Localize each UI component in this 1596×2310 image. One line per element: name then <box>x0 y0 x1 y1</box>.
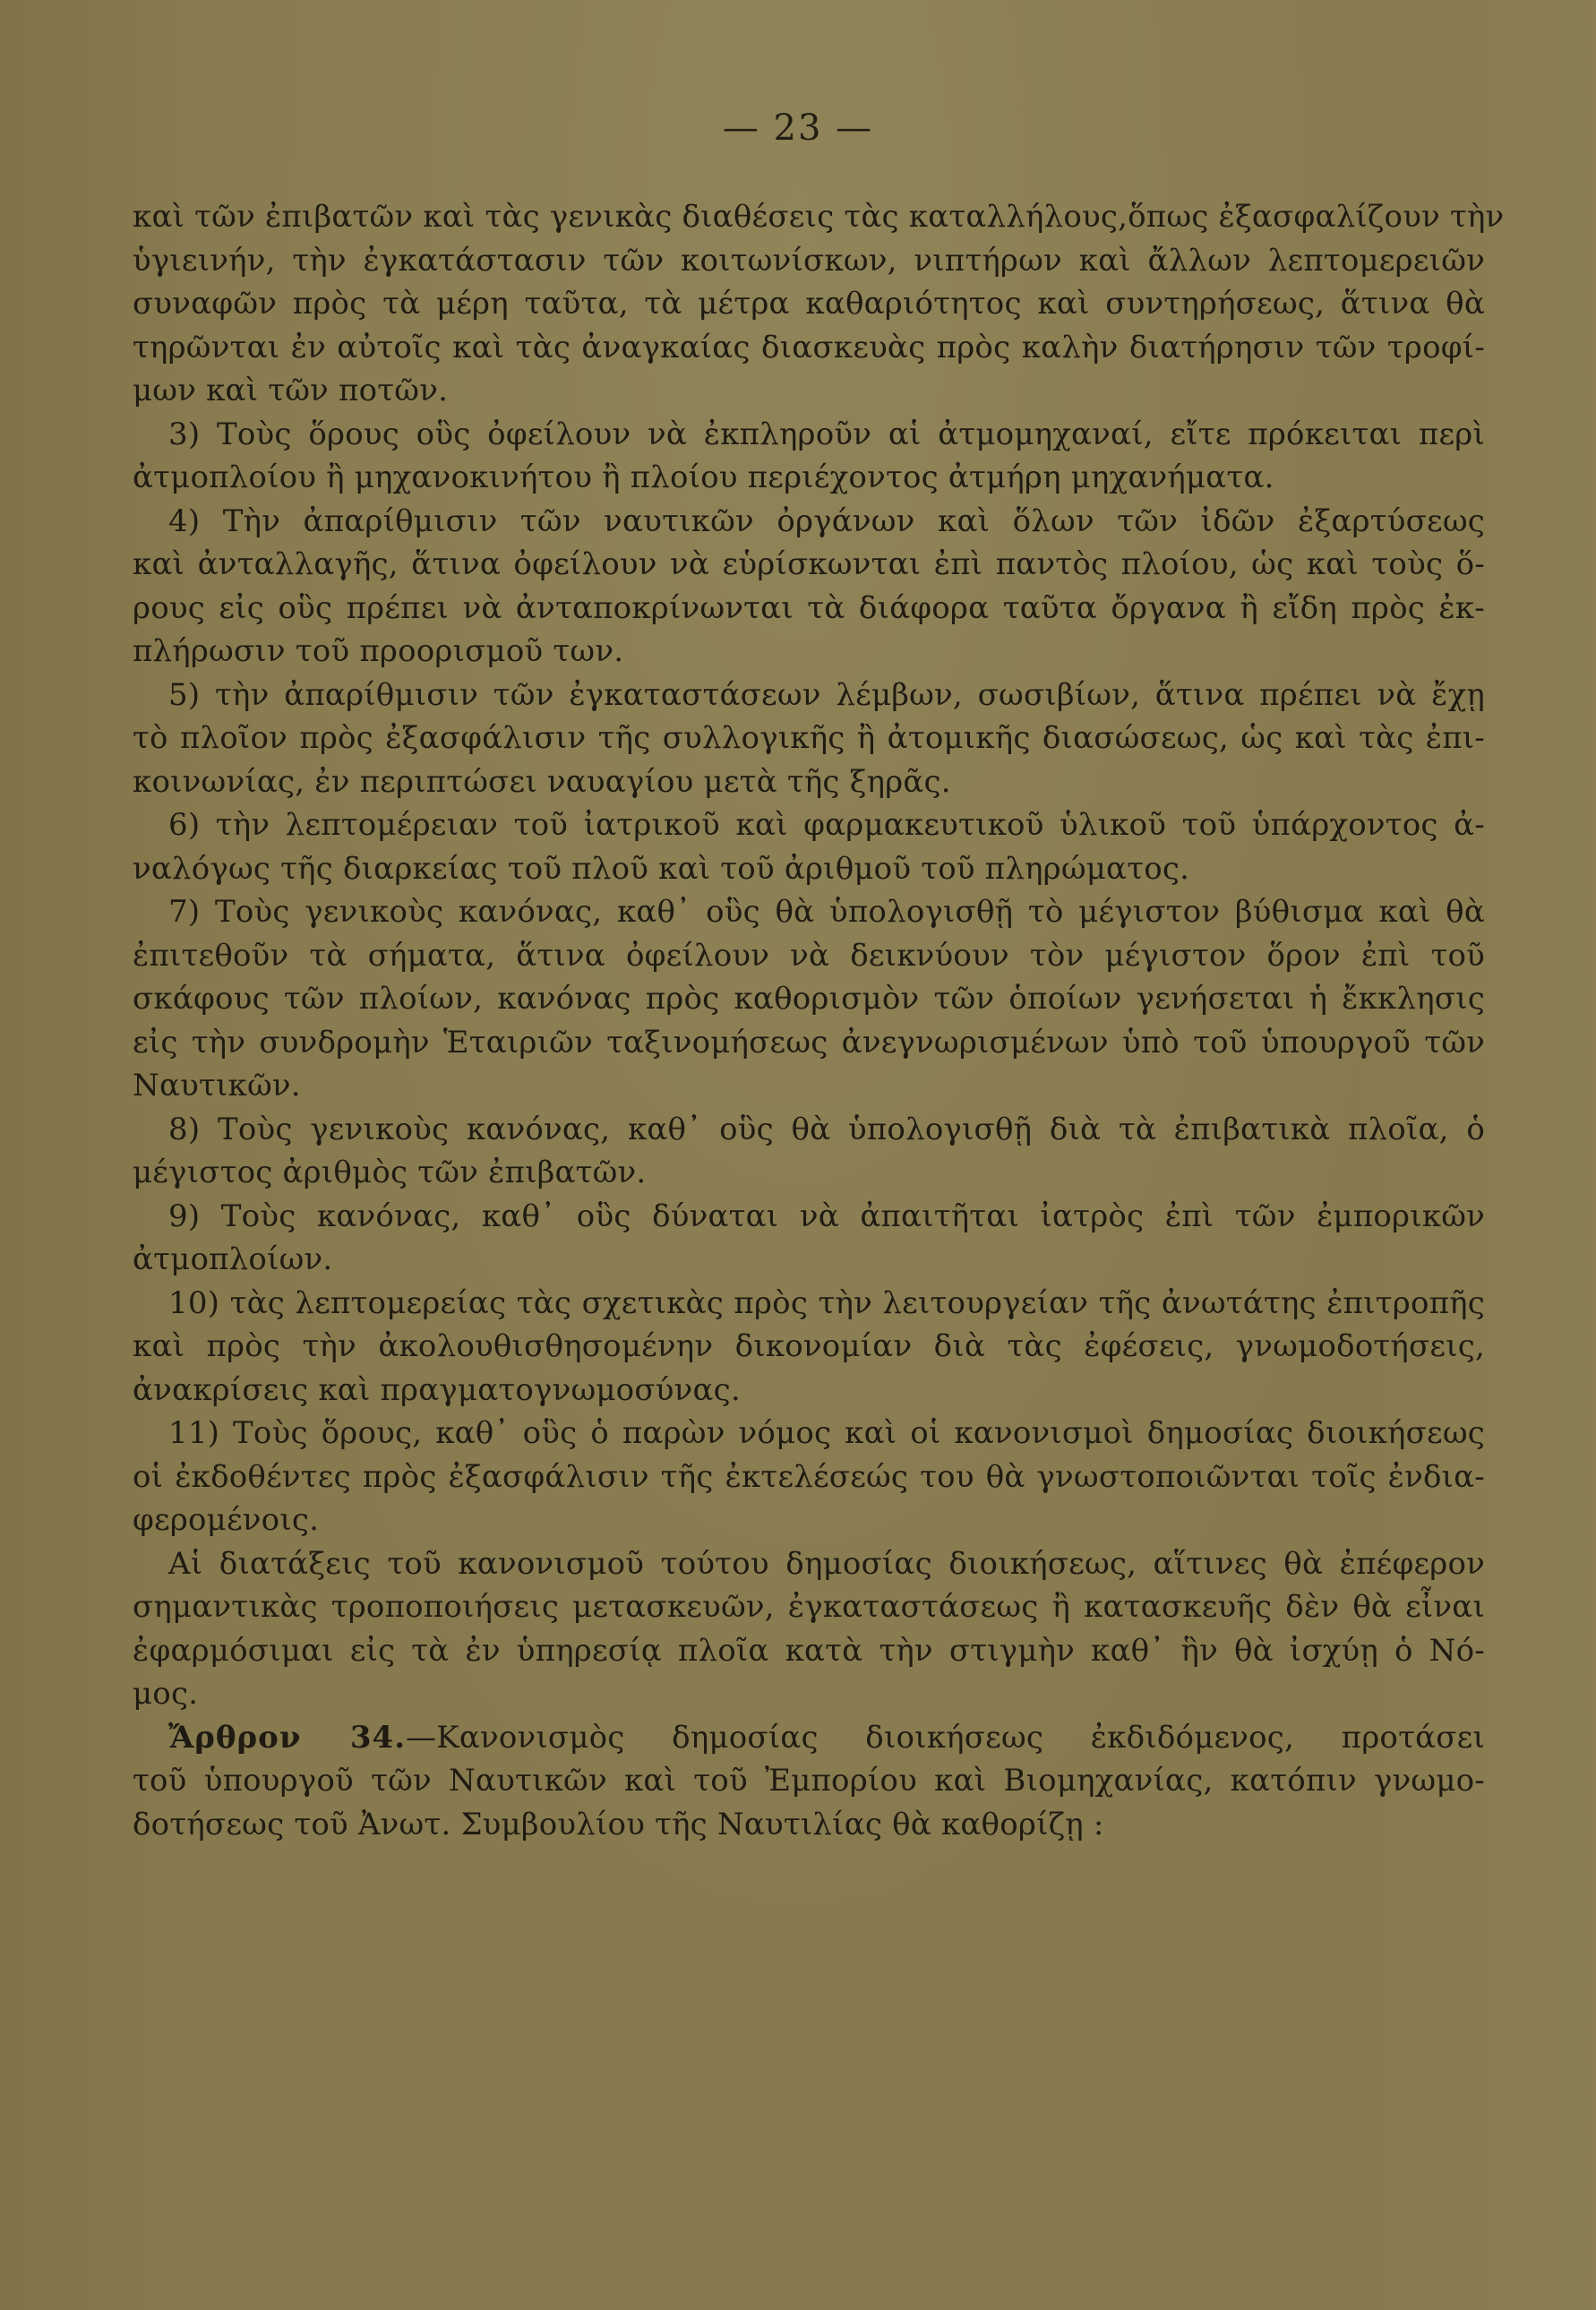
text-line: 8) Τοὺς γενικοὺς κανόνας, καθ᾽ οὓς θὰ ὑπ… <box>133 1108 1485 1152</box>
text-line: καὶ ἀνταλλαγῆς, ἅτινα ὀφείλουν νὰ εὑρίσκ… <box>133 543 1485 587</box>
text-line: οἱ ἐκδοθέντες πρὸς ἐξασφάλισιν τῆς ἐκτελ… <box>133 1456 1485 1499</box>
text-line: 5) τὴν ἀπαρίθμισιν τῶν ἐγκαταστάσεων λέμ… <box>133 674 1485 717</box>
scanned-page: — 23 — καὶ τῶν ἐπιβατῶν καὶ τὰς γενικὰς … <box>0 0 1596 2310</box>
text-line: τὸ πλοῖον πρὸς ἐξασφάλισιν τῆς συλλογικῆ… <box>133 717 1485 760</box>
text-line: συναφῶν πρὸς τὰ μέρη ταῦτα, τὰ μέτρα καθ… <box>133 282 1485 326</box>
text-line: ναλόγως τῆς διαρκείας τοῦ πλοῦ καὶ τοῦ ἀ… <box>133 847 1485 891</box>
text-line: πλήρωσιν τοῦ προορισμοῦ των. <box>133 630 1485 674</box>
article-text-line: τοῦ ὑπουργοῦ τῶν Ναυτικῶν καὶ τοῦ Ἐμπορί… <box>133 1759 1485 1803</box>
text-line: εἰς τὴν συνδρομὴν Ἑταιριῶν ταξινομήσεως … <box>133 1021 1485 1065</box>
text-line: ἐπιτεθοῦν τὰ σήματα, ἅτινα ὀφείλουν νὰ δ… <box>133 934 1485 978</box>
text-line: ἐφαρμόσιμαι εἰς τὰ ἐν ὑπηρεσίᾳ πλοῖα κατ… <box>133 1629 1485 1673</box>
article-first-line: Ἄρθρον 34.—Κανονισμὸς δημοσίας διοικήσεω… <box>133 1716 1485 1760</box>
text-line: μέγιστος ἀριθμὸς τῶν ἐπιβατῶν. <box>133 1151 1485 1195</box>
text-line: σκάφους τῶν πλοίων, κανόνας πρὸς καθορισ… <box>133 977 1485 1021</box>
text-line: 10) τὰς λεπτομερείας τὰς σχετικὰς πρὸς τ… <box>133 1282 1485 1326</box>
text-line: 7) Τοὺς γενικοὺς κανόνας, καθ᾽ οὓς θὰ ὑπ… <box>133 890 1485 934</box>
text-line: 4) Τὴν ἀπαρίθμισιν τῶν ναυτικῶν ὀργάνων … <box>133 500 1485 544</box>
text-line: καὶ τῶν ἐπιβατῶν καὶ τὰς γενικὰς διαθέσε… <box>133 195 1485 239</box>
text-line: Ναυτικῶν. <box>133 1064 1485 1108</box>
text-line: 6) τὴν λεπτομέρειαν τοῦ ἰατρικοῦ καὶ φαρ… <box>133 803 1485 847</box>
text-line: τηρῶνται ἐν αὐτοῖς καὶ τὰς ἀναγκαίας δια… <box>133 326 1485 370</box>
text-line: Αἱ διατάξεις τοῦ κανονισμοῦ τούτου δημοσ… <box>133 1542 1485 1586</box>
article-text-line: δοτήσεως τοῦ Ἀνωτ. Συμβουλίου τῆς Ναυτιλ… <box>133 1803 1485 1847</box>
text-line: κοινωνίας, ἐν περιπτώσει ναυαγίου μετὰ τ… <box>133 760 1485 804</box>
text-line: ἀνακρίσεις καὶ πραγματογνωμοσύνας. <box>133 1369 1485 1413</box>
text-line: ἀτμοπλοίου ἢ μηχανοκινήτου ἢ πλοίου περι… <box>133 456 1485 500</box>
article-heading: Ἄρθρον 34. <box>168 1720 406 1756</box>
text-line: 11) Τοὺς ὅρους, καθ᾽ οὓς ὁ παρὼν νόμος κ… <box>133 1412 1485 1456</box>
text-line: σημαντικὰς τροποποιήσεις μετασκευῶν, ἐγκ… <box>133 1585 1485 1629</box>
text-line: 3) Τοὺς ὅρους οὓς ὀφείλουν νὰ ἐκπληροῦν … <box>133 413 1485 457</box>
text-line: μος. <box>133 1672 1485 1716</box>
body-text: καὶ τῶν ἐπιβατῶν καὶ τὰς γενικὰς διαθέσε… <box>133 195 1485 1846</box>
page-number: — 23 — <box>0 107 1596 149</box>
text-line: 9) Τοὺς κανόνας, καθ᾽ οὓς δύναται νὰ ἀπα… <box>133 1195 1485 1239</box>
text-line: μων καὶ τῶν ποτῶν. <box>133 369 1485 413</box>
text-line: ἀτμοπλοίων. <box>133 1238 1485 1282</box>
text-line: καὶ πρὸς τὴν ἀκολουθισθησομένην δικονομί… <box>133 1325 1485 1369</box>
article-text: —Κανονισμὸς δημοσίας διοικήσεως ἐκδιδόμε… <box>406 1720 1485 1756</box>
text-line: ρους εἰς οὓς πρέπει νὰ ἀνταποκρίνωνται τ… <box>133 587 1485 631</box>
text-line: φερομένοις. <box>133 1498 1485 1542</box>
text-line: ὑγιεινήν, τὴν ἐγκατάστασιν τῶν κοιτωνίσκ… <box>133 239 1485 283</box>
